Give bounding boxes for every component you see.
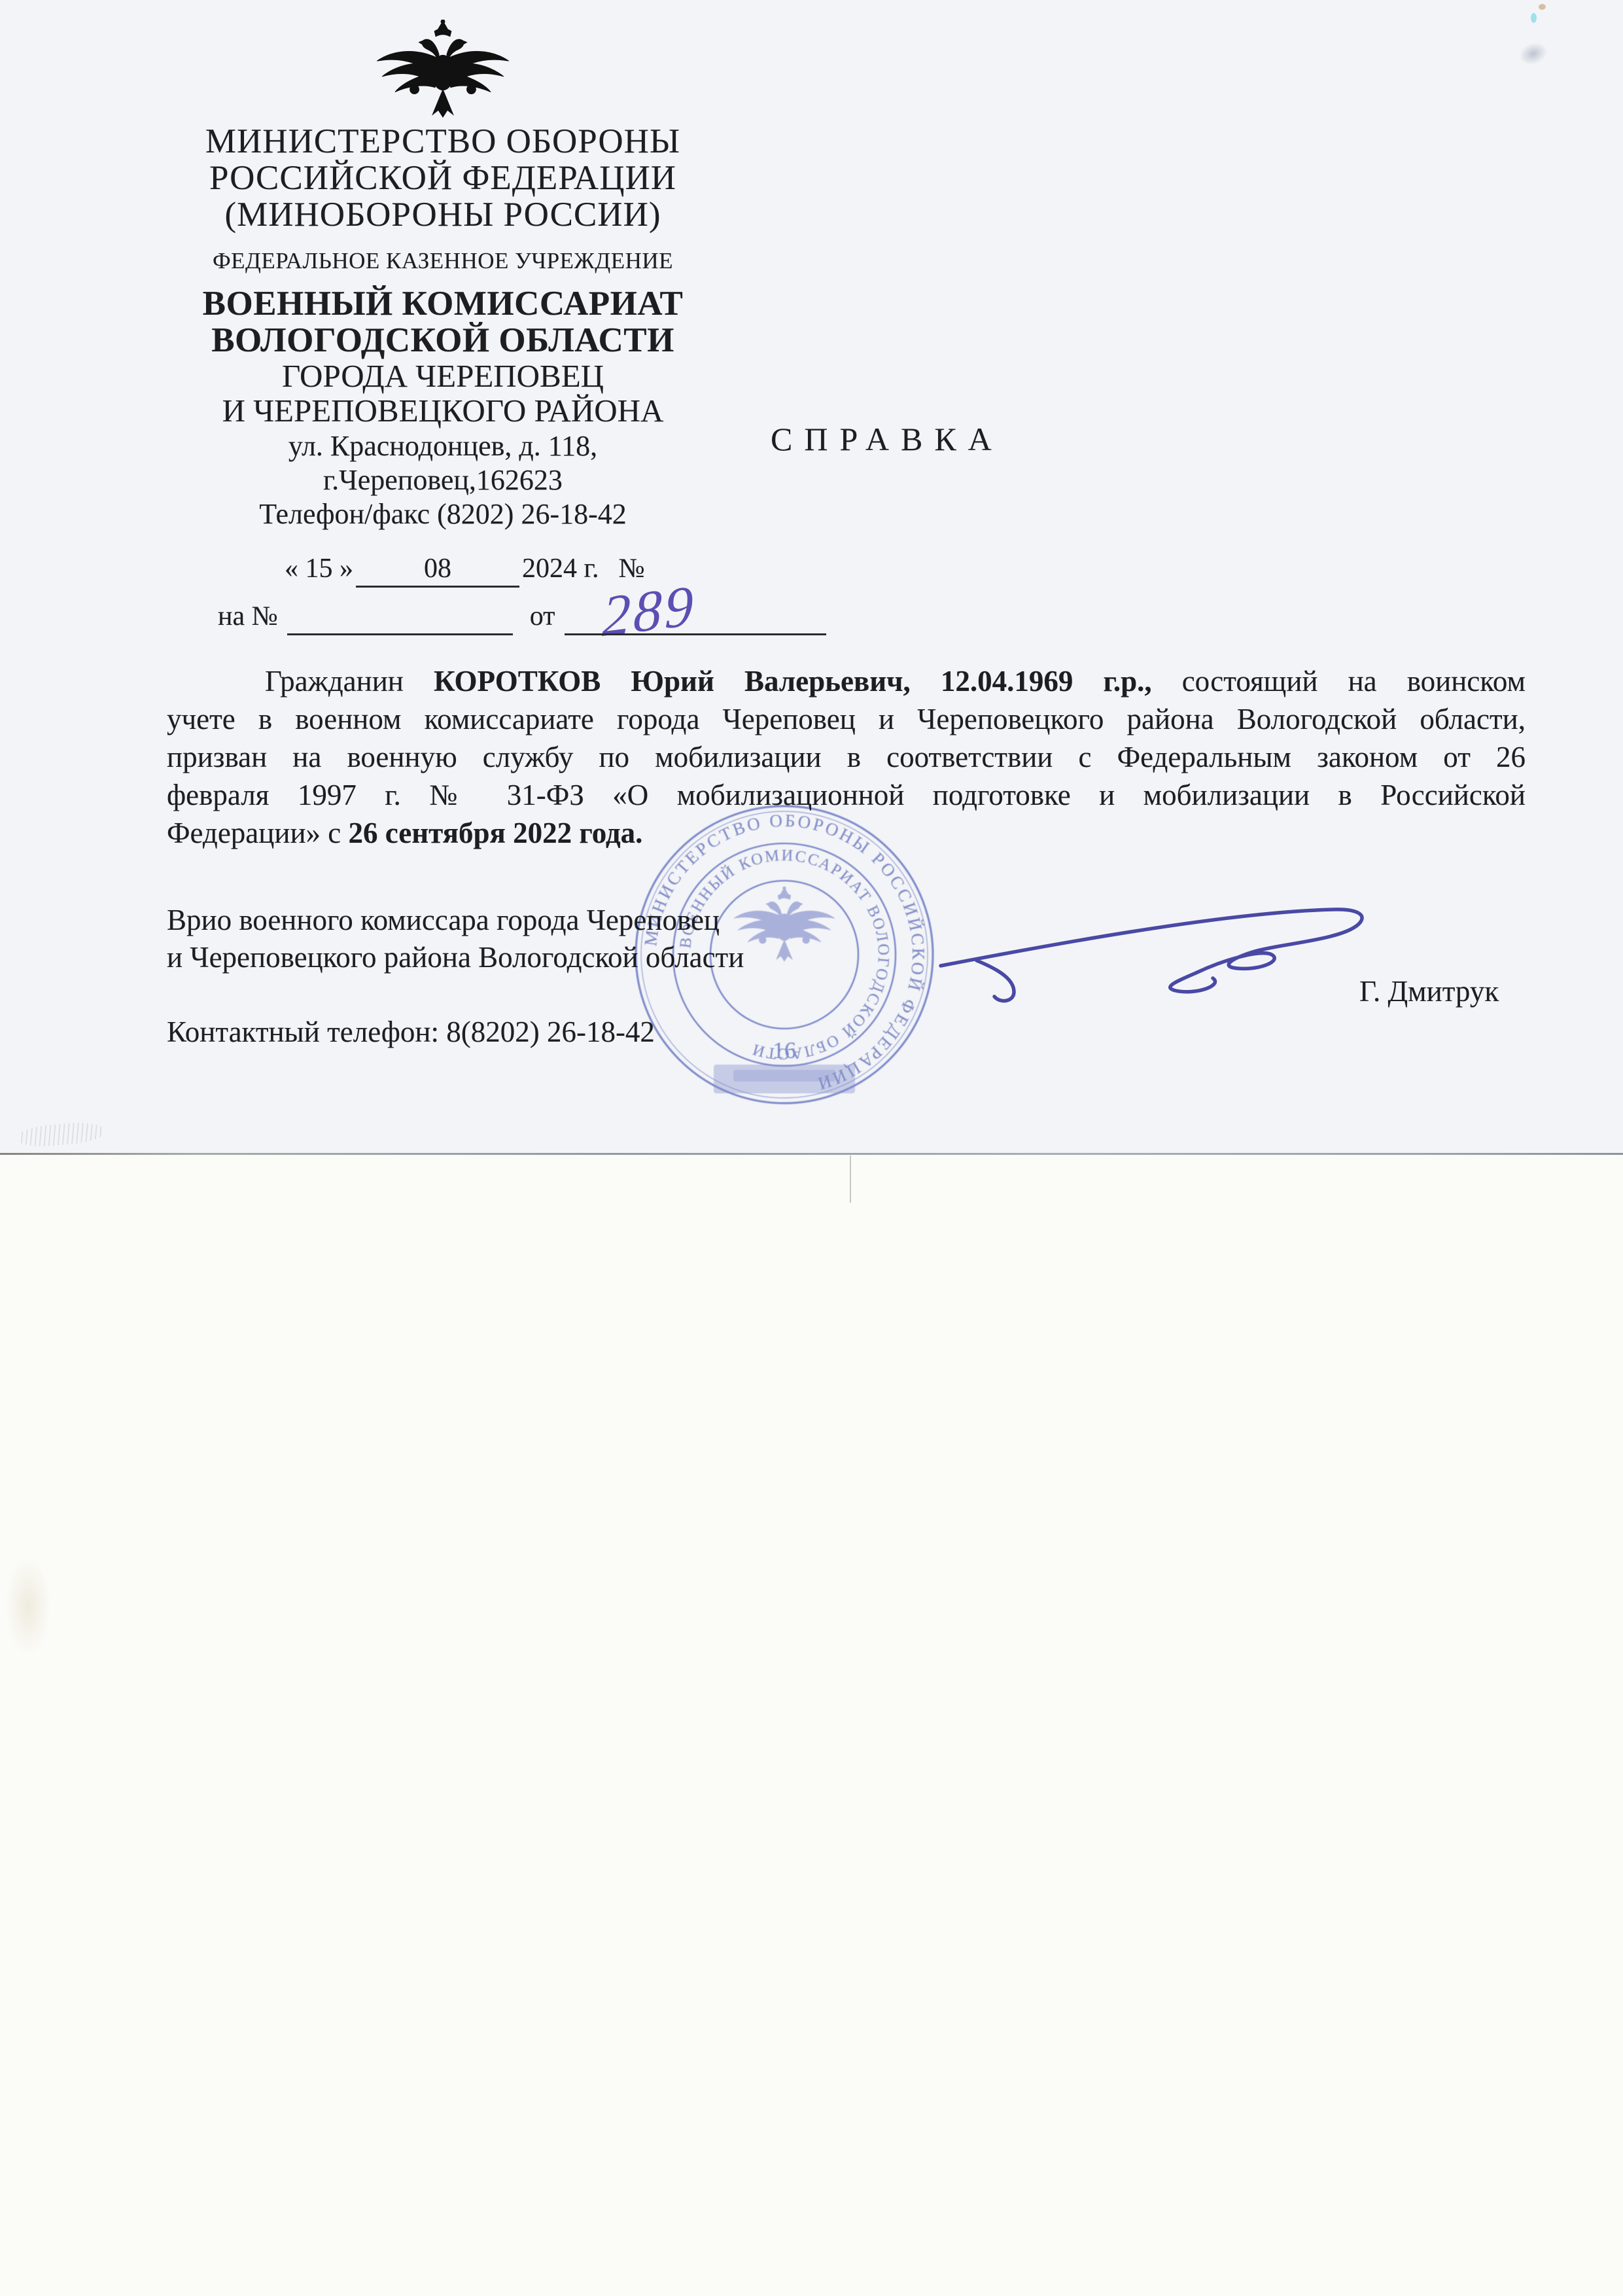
commissariat-city-line: И ЧЕРЕПОВЕЦКОГО РАЙОНА	[155, 393, 731, 428]
paper-fold-tick	[850, 1156, 851, 1203]
signature-stroke	[941, 910, 1362, 992]
address-block: ул. Краснодонцев, д. 118, г.Череповец,16…	[155, 429, 731, 531]
address-line: ул. Краснодонцев, д. 118,	[155, 429, 731, 463]
ministry-name: МИНИСТЕРСТВО ОБОРОНЫ РОССИЙСКОЙ ФЕДЕРАЦИ…	[155, 123, 731, 233]
body-text: учете в военном комиссариате города Чере…	[167, 703, 1526, 735]
commissariat-line: ВОЕННЫЙ КОМИССАРИАТ	[155, 285, 731, 322]
ref-date-blank	[565, 599, 826, 635]
date-month-blank: 08	[356, 552, 519, 588]
ministry-line: РОССИЙСКОЙ ФЕДЕРАЦИИ	[155, 160, 731, 196]
body-text-bold: 26 сентября 2022 года.	[349, 817, 643, 849]
official-round-stamp: МИНИСТЕРСТВО ОБОРОНЫ РОССИЙСКОЙ ФЕДЕРАЦИ…	[632, 802, 937, 1107]
date-month: 08	[424, 554, 451, 584]
date-day: « 15 »	[285, 554, 353, 584]
scan-speck	[1531, 13, 1537, 23]
body-line: учете в военном комиссариате города Чере…	[167, 700, 1526, 738]
ministry-line: (МИНОБОРОНЫ РОССИИ)	[155, 196, 731, 233]
stamp-bottom-smudge	[733, 1070, 835, 1082]
signature-ink	[915, 887, 1386, 1028]
paper-stain	[5, 1557, 51, 1655]
stamp-center-number: 16	[773, 1037, 796, 1063]
document-title: СПРАВКА	[771, 420, 1003, 458]
body-text: Гражданин	[265, 665, 434, 698]
body-text: состоящий на воинском	[1152, 665, 1526, 698]
address-line: г.Череповец,162623	[155, 463, 731, 497]
scan-speck	[1539, 4, 1546, 10]
body-line: Гражданин КОРОТКОВ Юрий Валерьевич, 12.0…	[167, 662, 1526, 700]
reference-line: на № от	[218, 599, 826, 635]
ref-prefix: на №	[218, 601, 278, 631]
scanned-document-page: МИНИСТЕРСТВО ОБОРОНЫ РОССИЙСКОЙ ФЕДЕРАЦИ…	[0, 0, 1623, 2296]
commissariat-city-line: ГОРОДА ЧЕРЕПОВЕЦ	[155, 359, 731, 393]
ministry-emblem-icon	[370, 20, 515, 123]
body-line: призван на военную службу по мобилизации…	[167, 738, 1526, 776]
contact-phone: Контактный телефон: 8(8202) 26-18-42	[167, 1015, 655, 1049]
ministry-line: МИНИСТЕРСТВО ОБОРОНЫ	[155, 123, 731, 160]
paper-fold-scan-line	[0, 1153, 1623, 1155]
date-year: 2024 г.	[522, 554, 599, 584]
body-text: Федерации» с	[167, 817, 349, 849]
body-text-bold: КОРОТКОВ Юрий Валерьевич, 12.04.1969 г.р…	[434, 665, 1152, 698]
date-line: « 15 »082024 г.№	[285, 552, 645, 588]
signature-stroke	[977, 961, 1014, 1001]
commissariat-name: ВОЕННЫЙ КОМИССАРИАТ ВОЛОГОДСКОЙ ОБЛАСТИ …	[155, 285, 731, 428]
institution-type: ФЕДЕРАЛЬНОЕ КАЗЕННОЕ УЧРЕЖДЕНИЕ	[155, 249, 731, 274]
ref-number-blank	[287, 599, 513, 635]
ref-ot: от	[530, 601, 555, 631]
commissariat-line: ВОЛОГОДСКОЙ ОБЛАСТИ	[155, 322, 731, 359]
letterhead: МИНИСТЕРСТВО ОБОРОНЫ РОССИЙСКОЙ ФЕДЕРАЦИ…	[155, 20, 731, 531]
address-line: Телефон/факс (8202) 26-18-42	[155, 497, 731, 531]
body-text: призван на военную службу по мобилизации…	[167, 741, 1526, 773]
stamp-eagle-icon	[734, 887, 835, 961]
